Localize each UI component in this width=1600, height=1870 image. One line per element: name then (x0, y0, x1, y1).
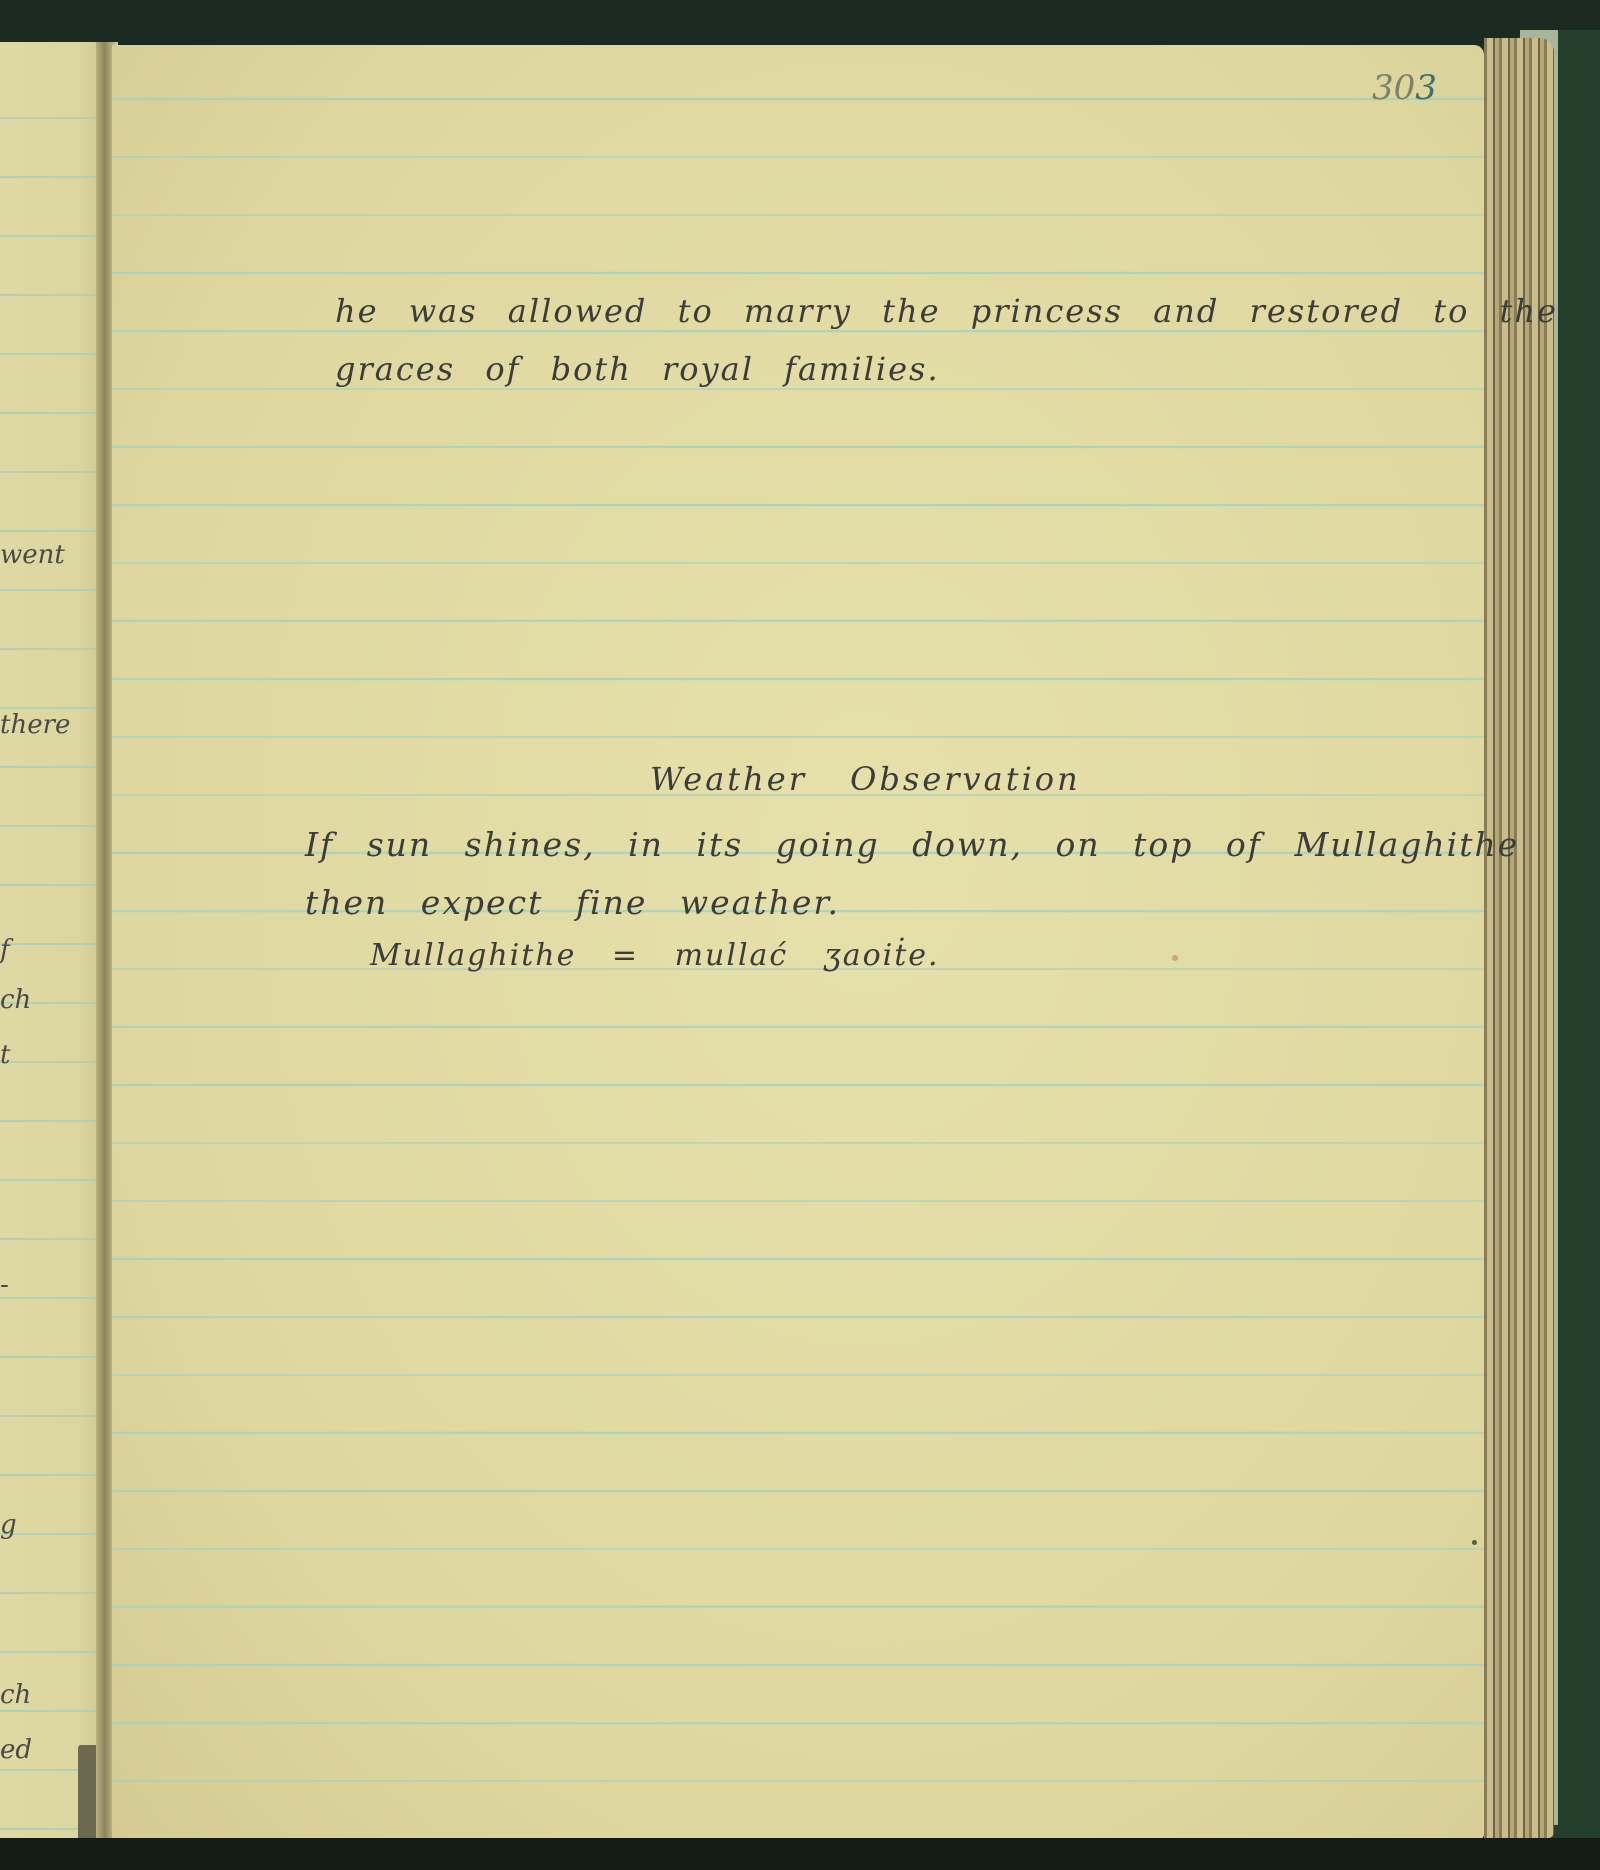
left-fragment: g (0, 1510, 17, 1540)
observation-line-1: If sun shines, in its going down, on top… (305, 825, 1519, 864)
place-name-gloss: Mullaghithe = mullać ʒaoiṫe. (370, 938, 940, 973)
page-number: 303 (1372, 68, 1437, 108)
left-fragment: there (0, 710, 70, 740)
torn-page-edge (78, 1745, 96, 1840)
scan-background-bottom (0, 1838, 1600, 1870)
left-fragment: ch (0, 1680, 31, 1710)
left-fragment: f (0, 935, 10, 965)
page-number-pencil: 30 (1372, 68, 1415, 108)
left-fragment: t (0, 1040, 10, 1070)
observation-line-2: then expect fine weather. (305, 883, 840, 922)
left-fragment: - (0, 1270, 9, 1300)
ink-spot (1172, 955, 1178, 961)
story-ending-line-1: he was allowed to marry the princess and… (335, 292, 1558, 330)
left-fragment: went (0, 540, 65, 570)
left-fragment: ch (0, 985, 31, 1015)
page-number-ink: 3 (1415, 68, 1437, 108)
scan-background-top (0, 0, 1600, 45)
section-heading: Weather Observation (650, 760, 1081, 798)
story-ending-line-2: graces of both royal families. (335, 350, 940, 388)
ink-spot (1472, 1540, 1477, 1545)
left-fragment: ed (0, 1735, 32, 1765)
